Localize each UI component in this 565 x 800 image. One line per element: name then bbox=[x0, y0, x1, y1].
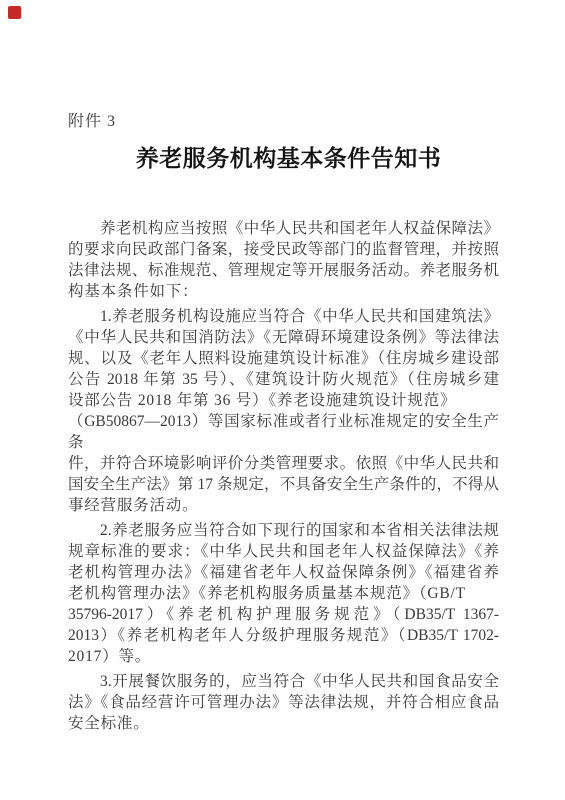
text-line: 事经营服务活动。 bbox=[68, 495, 499, 516]
text-line: 规章标准的要求：《中华人民共和国老年人权益保障法》《养 bbox=[68, 541, 499, 562]
paragraph: 养老机构应当按照《中华人民共和国老年人权益保障法》的要求向民政部门备案，接受民政… bbox=[68, 218, 499, 302]
paragraph: 2.养老服务应当符合如下现行的国家和本省相关法律法规规章标准的要求：《中华人民共… bbox=[68, 520, 499, 667]
text-line: 1.养老服务机构设施应当符合《中华人民共和国建筑法》 bbox=[68, 306, 499, 327]
text-line: 安全标准。 bbox=[68, 713, 499, 734]
text-line: （GB50867—2013）等国家标准或者行业标准规定的安全生产条 bbox=[68, 411, 499, 453]
text-line: 规、以及《老年人照料设施建筑设计标准》（住房城乡建设部 bbox=[68, 348, 499, 369]
text-line: 的要求向民政部门备案，接受民政等部门的监督管理，并按照 bbox=[68, 239, 499, 260]
text-line: 3.开展餐饮服务的，应当符合《中华人民共和国食品安全 bbox=[68, 671, 499, 692]
attachment-label: 附件 3 bbox=[68, 112, 116, 132]
document-page: 附件 3 养老服务机构基本条件告知书 养老机构应当按照《中华人民共和国老年人权益… bbox=[0, 0, 565, 800]
text-line: 《中华人民共和国消防法》《无障碍环境建设条例》等法律法 bbox=[68, 327, 499, 348]
text-line: 老机构管理办法》《福建省老年人权益保障条例》《福建省养 bbox=[68, 562, 499, 583]
document-title: 养老服务机构基本条件告知书 bbox=[0, 145, 565, 172]
text-line: 35796-2017）《养老机构护理服务规范》（DB35/T 1367- bbox=[68, 604, 499, 625]
text-line: 件，并符合环境影响评价分类管理要求。依照《中华人民共和 bbox=[68, 453, 499, 474]
paragraph: 1.养老服务机构设施应当符合《中华人民共和国建筑法》《中华人民共和国消防法》《无… bbox=[68, 306, 499, 516]
text-line: 2017）等。 bbox=[68, 646, 499, 667]
red-square-mark-icon bbox=[8, 6, 21, 19]
paragraph: 3.开展餐饮服务的，应当符合《中华人民共和国食品安全法》《食品经营许可管理办法》… bbox=[68, 671, 499, 734]
text-line: 国安全生产法》第 17 条规定，不具备安全生产条件的，不得从 bbox=[68, 474, 499, 495]
text-line: 养老机构应当按照《中华人民共和国老年人权益保障法》 bbox=[68, 218, 499, 239]
text-line: 设部公告 2018 年第 36 号）《养老设施建筑设计规范》 bbox=[68, 390, 499, 411]
text-line: 老机构管理办法》《养老机构服务质量基本规范》（GB/T bbox=[68, 583, 499, 604]
text-line: 2.养老服务应当符合如下现行的国家和本省相关法律法规 bbox=[68, 520, 499, 541]
text-line: 2013）《养老机构老年人分级护理服务规范》（DB35/T 1702- bbox=[68, 625, 499, 646]
text-line: 法律法规、标准规范、管理规定等开展服务活动。养老服务机 bbox=[68, 260, 499, 281]
text-line: 公告 2018 年第 35 号）、《建筑设计防火规范》（住房城乡建 bbox=[68, 369, 499, 390]
text-line: 构基本条件如下： bbox=[68, 281, 499, 302]
text-line: 法》《食品经营许可管理办法》等法律法规，并符合相应食品 bbox=[68, 692, 499, 713]
document-body: 养老机构应当按照《中华人民共和国老年人权益保障法》的要求向民政部门备案，接受民政… bbox=[68, 218, 499, 738]
